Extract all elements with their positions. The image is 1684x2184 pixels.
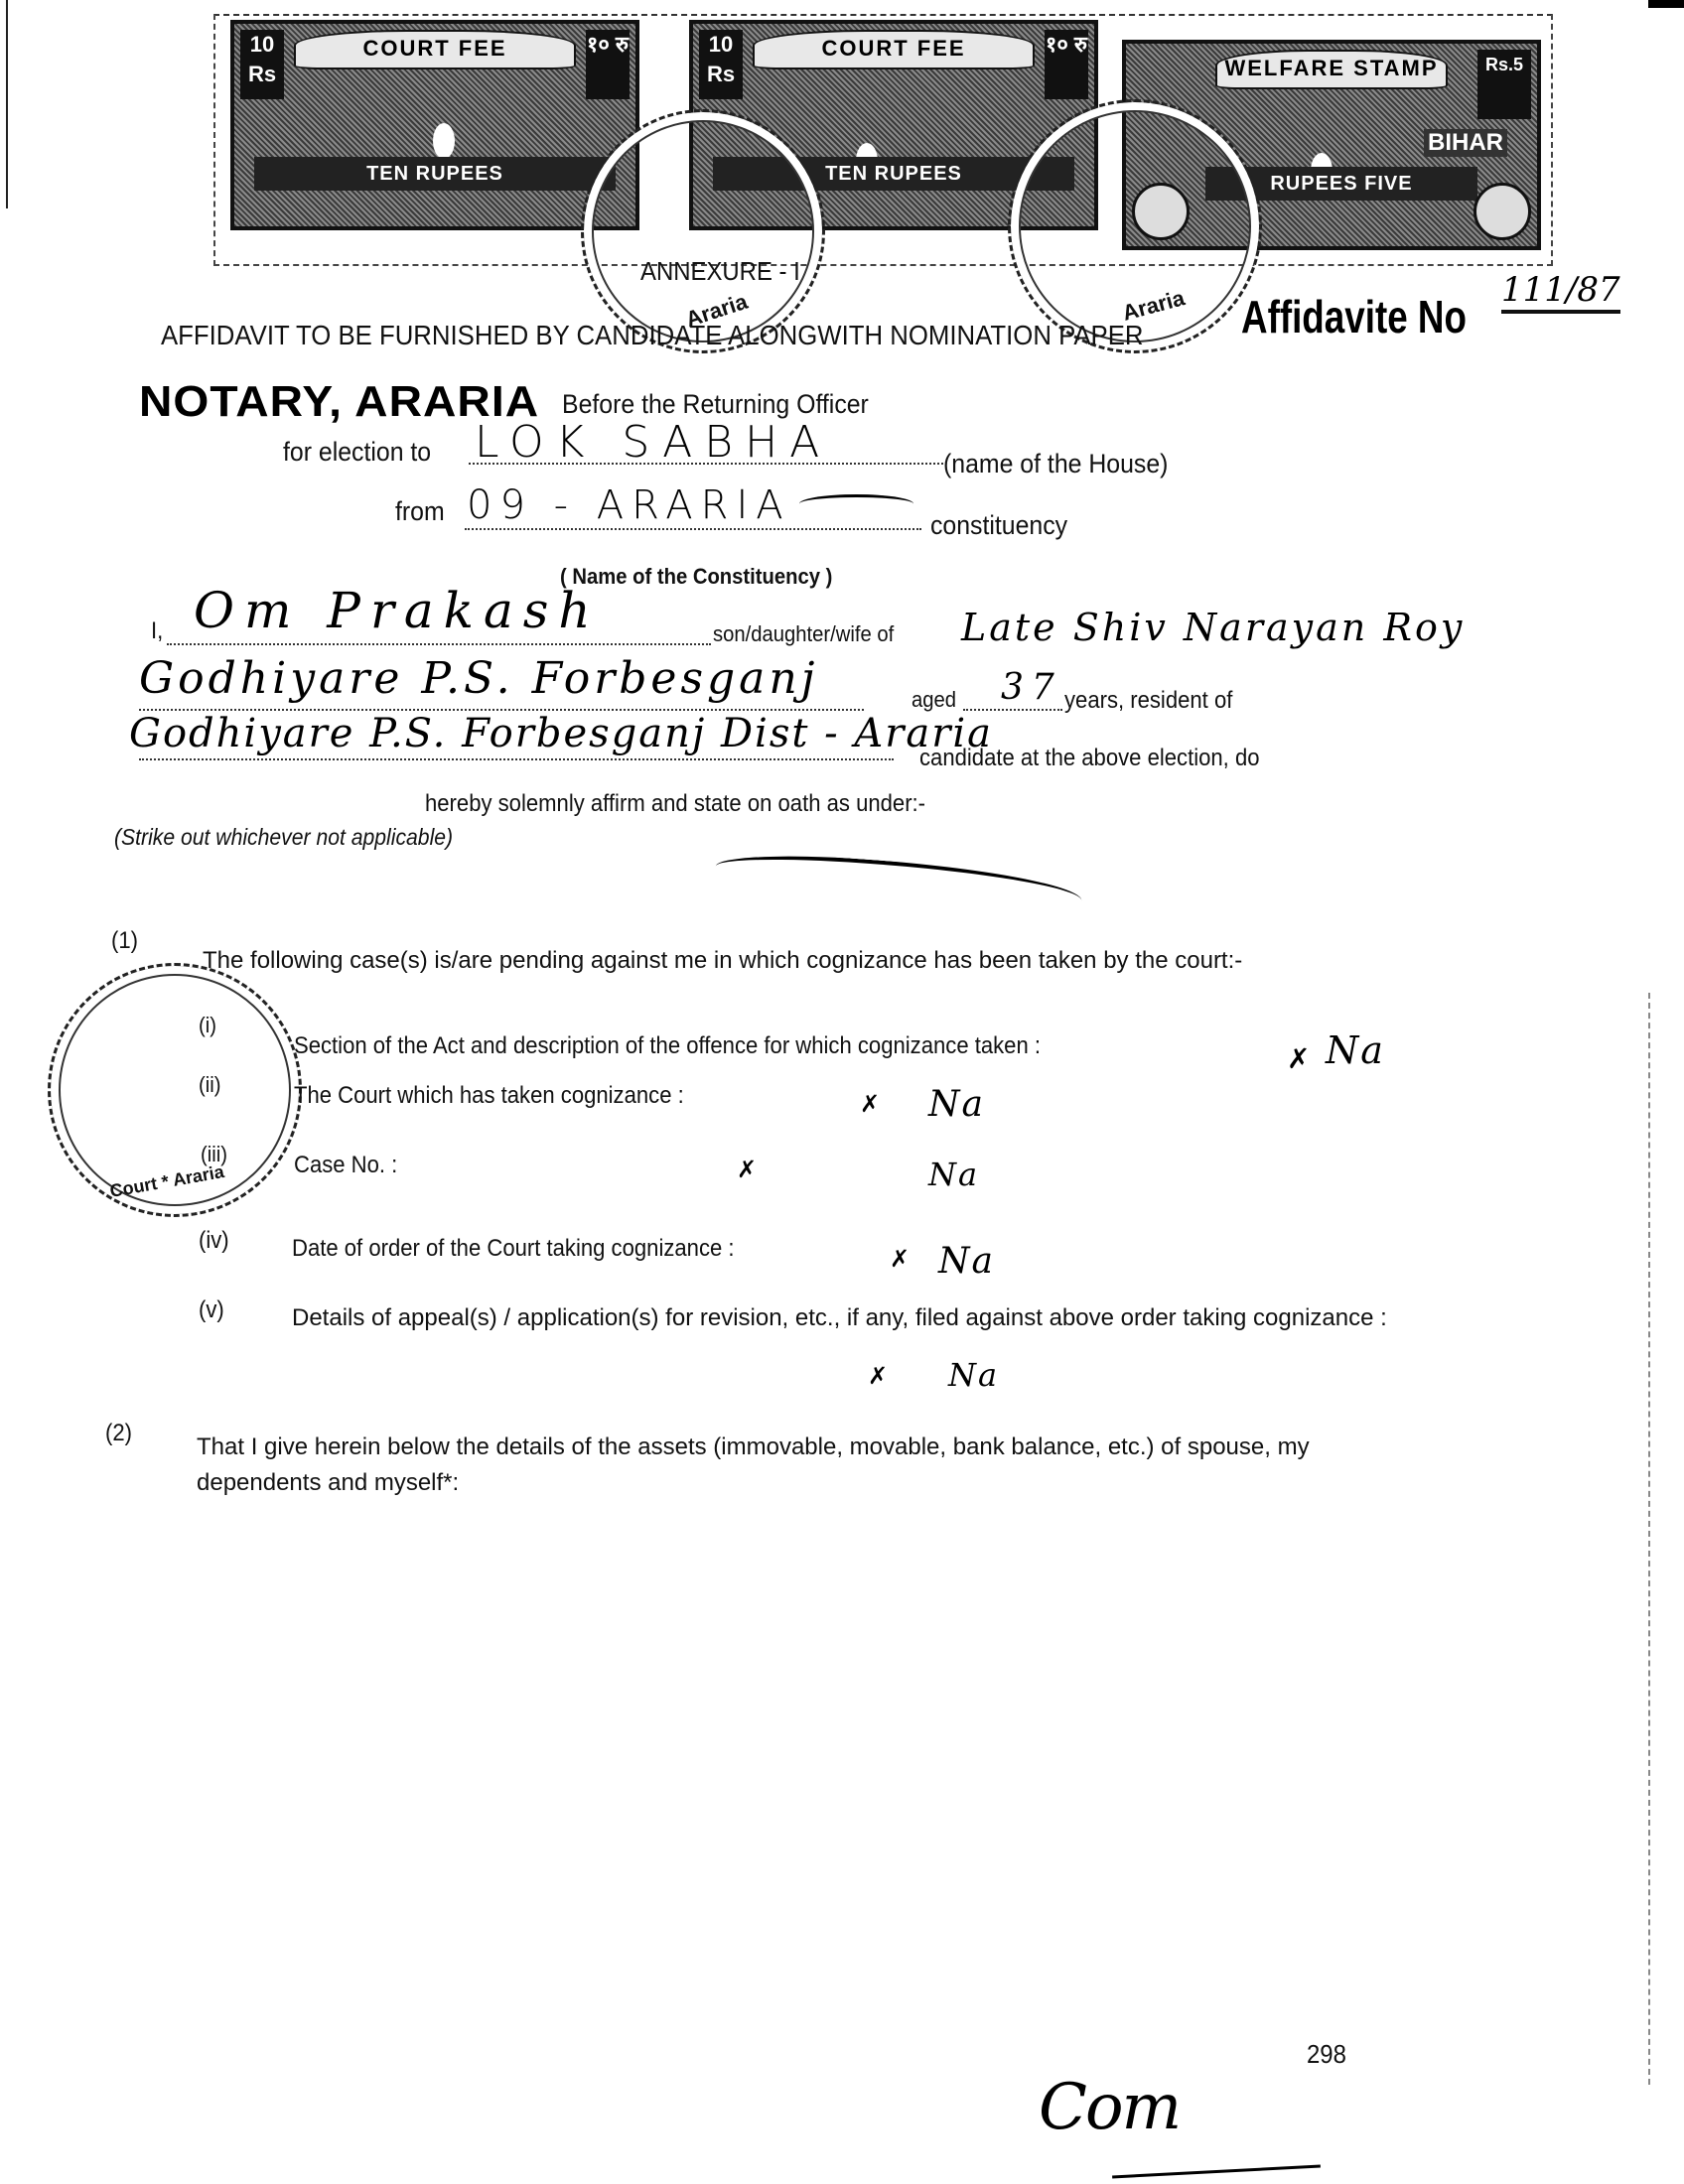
i-prefix: I, [151,617,163,645]
item-iii-num: (iii) [201,1142,227,1167]
right-margin-ticks [1648,993,1652,2085]
item-iv-num: (iv) [199,1227,229,1255]
stamp-label: WELFARE STAMP [1215,50,1448,89]
returning-officer-label: Before the Returning Officer [562,389,869,420]
underline-flourish [799,494,913,513]
item-ii-num: (ii) [199,1072,220,1098]
mark-icon: ✗ [868,1362,888,1391]
from-prefix: from [395,496,445,527]
constituency-field-line [465,528,921,530]
section-2-text: That I give herein below the details of … [197,1430,1428,1501]
affirm-text: hereby solemnly affirm and state on oath… [425,790,925,818]
mark-icon: ✗ [860,1090,880,1119]
punch-hole [433,123,455,159]
section-1-intro: The following case(s) is/are pending aga… [203,937,1454,985]
item-v-answer: Na [948,1356,999,1394]
stamp-denomination-hindi: १० रु [586,30,630,99]
years-label: years, resident of [1064,687,1232,715]
parent-address: Godhiyare P.S. Forbesganj [139,653,818,704]
affidavit-number-label: Affidavite No [1241,290,1467,343]
stamp-denomination: 10 Rs [699,30,743,99]
signature: Com [1039,2071,1180,2144]
stamp-region: BIHAR [1424,129,1507,157]
item-iv-answer: Na [938,1241,995,1282]
relation-label: son/daughter/wife of [713,621,894,647]
item-ii-label: The Court which has taken cognizance : [294,1082,684,1110]
page-corner-mark [1648,0,1684,8]
pen-stroke [714,849,1083,918]
chakra-emblem-icon [1473,183,1531,240]
stamp-denomination: Rs.5 [1477,50,1531,119]
stamp-label: COURT FEE [753,30,1035,69]
stamp-denomination: 10 Rs [240,30,284,99]
name-field-line [167,643,711,645]
residence-value: Godhiyare P.S. Forbesganj Dist - Araria [129,711,993,756]
affidavit-number-value: 111/87 [1501,270,1620,314]
constituency-note: ( Name of the Constituency ) [560,564,832,590]
age-value: 37 [1001,667,1062,708]
candidate-text: candidate at the above election, do [919,745,1259,772]
declarant-name: Om Prakash [194,582,601,639]
item-iv-label: Date of order of the Court taking cogniz… [292,1235,735,1263]
item-iii-label: Case No. : [294,1152,397,1179]
affidavit-title: AFFIDAVIT TO BE FURNISHED BY CANDIDATE A… [161,320,1144,351]
stamp-caption: TEN RUPEES [254,157,616,191]
item-ii-answer: Na [928,1084,985,1125]
page-number: 298 [1307,2039,1346,2070]
stamp-label: COURT FEE [294,30,576,69]
mark-icon: ✗ [1287,1042,1310,1075]
stamp-denomination-hindi: १० रु [1045,30,1088,99]
residence-field-line [139,758,894,760]
constituency-field-value: 09 - ARARIA [467,482,791,528]
signature-stroke [1112,2165,1321,2179]
item-v-num: (v) [199,1297,224,1324]
item-i-label: Section of the Act and description of th… [294,1032,1041,1060]
section-1-number: (1) [111,927,138,955]
item-v-label: Details of appeal(s) / application(s) fo… [292,1304,1394,1332]
election-field-value: LOK SABHA [475,417,831,468]
item-i-num: (i) [199,1013,216,1038]
item-iii-answer: Na [928,1156,979,1193]
strike-note: (Strike out whichever not applicable) [114,824,453,851]
election-suffix: (name of the House) [943,449,1168,479]
aged-label: aged [912,687,956,713]
election-prefix: for election to [283,437,431,468]
mark-icon: ✗ [890,1245,910,1274]
parent-name: Late Shiv Narayan Roy [961,606,1465,649]
page-left-border [6,0,8,208]
item-i-answer: Na [1326,1028,1385,1072]
court-fee-stamp-1: 10 Rs COURT FEE १० रु TEN RUPEES [230,20,639,230]
mark-icon: ✗ [737,1156,757,1184]
annexure-label: ANNEXURE - I [640,256,800,287]
from-suffix: constituency [930,510,1067,541]
section-2-number: (2) [105,1420,132,1447]
